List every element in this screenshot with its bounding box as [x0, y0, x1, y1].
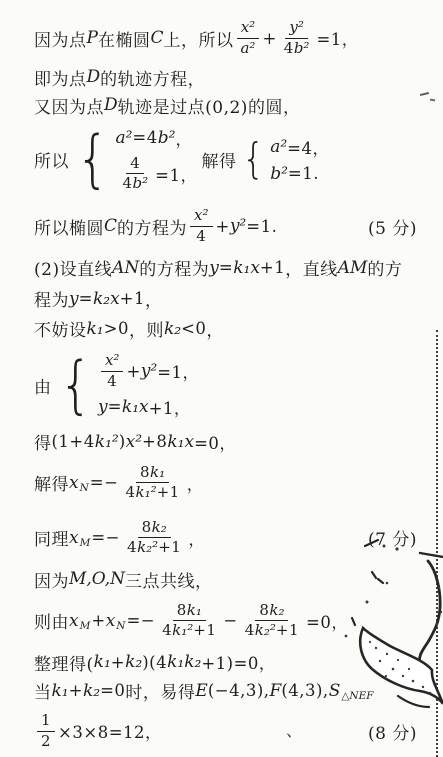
math-line: 不妨设 k₁>0，则 k₂<0， — [34, 314, 417, 343]
fraction-denominator: 4k₂²+1 — [241, 621, 303, 639]
text-run: M,O,N — [69, 569, 125, 589]
text-run: (−4,3), — [208, 681, 270, 700]
text-run: 解得 — [201, 147, 236, 172]
fraction: 8k₁4k₁²+1 — [121, 464, 183, 502]
text-run: 因为 — [34, 567, 69, 592]
text-run: x — [185, 432, 195, 452]
text-run: 8 — [142, 519, 152, 536]
text-run: 当 — [34, 678, 52, 703]
text-run: y² — [141, 361, 157, 381]
text-run: M — [80, 537, 91, 549]
text-run: y² — [289, 19, 304, 36]
math-line: 整理得(k₁+k₂)(4k₁k₂+1)=0， — [34, 648, 417, 676]
text-run: +1 — [193, 622, 216, 639]
fraction-denominator: 4b² — [280, 39, 314, 57]
text-run: (2)设直线 — [34, 255, 112, 280]
text-run: 整理得( — [34, 650, 94, 675]
cases-system: {a²=4b²，44b²=1， — [73, 126, 197, 193]
math-line: 因为点 P 在椭圆 C 上，所以x²a²+y²4b²=1， — [34, 14, 417, 62]
text-run: k₁ — [87, 319, 104, 339]
line-content: 整理得(k₁+k₂)(4k₁k₂+1)=0， — [34, 650, 276, 675]
line-content: 因为点 P 在椭圆 C 上，所以x²a²+y²4b²=1， — [34, 19, 359, 57]
text-run: y² — [230, 216, 246, 236]
fraction: y²4b² — [280, 19, 314, 57]
text-run: b² — [133, 175, 149, 192]
math-line: 则由 xM+xN=−8k₁4k₁²+1−8k₂4k₂²+1=0， — [34, 593, 417, 648]
line-content: 得(1+4k₁²)x²+8k₁x=0， — [34, 429, 236, 454]
text-run: 2 — [41, 733, 51, 750]
cases-system: {x²4+y²=1，y=k₁x+1， — [56, 352, 200, 419]
text-run: AN — [112, 258, 139, 278]
text-run: x — [250, 258, 260, 278]
text-run: 的方程为 — [117, 214, 187, 239]
cases-rows: a²=4b²，44b²=1， — [115, 126, 197, 193]
line-content: 解得 xN=−8k₁4k₁²+1， — [34, 464, 204, 502]
text-run: 同理 — [34, 525, 69, 550]
text-run: E — [195, 681, 207, 701]
text-run: k₂ — [83, 681, 100, 701]
text-run: F — [270, 681, 282, 701]
text-run: +1 — [158, 539, 181, 556]
text-run: k₁k₂ — [167, 652, 201, 672]
text-run: x — [139, 397, 149, 417]
text-run: 的轨迹方程， — [100, 65, 205, 90]
fraction-numerator: 4 — [126, 155, 144, 174]
text-run: )(4 — [142, 653, 167, 672]
cases-row: y=k₁x+1， — [98, 395, 191, 419]
text-run: x — [69, 473, 79, 493]
fraction: x²4 — [190, 207, 212, 245]
text-run: = — [79, 289, 93, 308]
text-run: k₂ — [93, 289, 110, 309]
text-run: ×3×8=12， — [58, 719, 162, 743]
cases-row: 44b²=1， — [115, 155, 197, 193]
text-run: 8 — [259, 602, 269, 619]
text-run: 即为点 — [34, 65, 87, 90]
fraction-denominator: 4k₁²+1 — [158, 621, 220, 639]
text-run: 时，易得 — [125, 678, 195, 703]
line-content: 所以椭圆 C 的方程为x²4+y²=1. — [34, 207, 277, 245]
brace-delimiter: { — [242, 141, 265, 177]
text-run: k₁² — [95, 432, 119, 452]
text-run: 得 — [34, 429, 52, 454]
text-run: k₁² — [135, 484, 156, 501]
text-run: + — [262, 29, 276, 48]
text-run: k₂ — [269, 602, 284, 619]
text-run: 所以椭圆 — [34, 214, 104, 239]
math-line: 同理 xM=−8k₂4k₂²+1，(7 分) — [34, 510, 417, 565]
fraction-denominator: 4k₂²+1 — [123, 538, 185, 556]
text-run: k₁ — [150, 464, 165, 481]
text-run: 4 — [122, 175, 132, 192]
text-run: N — [80, 482, 89, 494]
text-run: 1 — [41, 712, 51, 729]
text-run: 轨迹是过点(0,2)的圆， — [118, 93, 301, 118]
text-run: k₁ — [122, 397, 139, 417]
text-run: +1 — [120, 289, 145, 308]
text-run: x — [110, 289, 120, 309]
text-run: y — [69, 289, 79, 309]
text-run: (5 分) — [368, 219, 417, 239]
fraction-numerator: 8k₁ — [173, 602, 206, 621]
fraction: 8k₂4k₂²+1 — [123, 519, 185, 557]
cases-row: b²=1. — [270, 164, 319, 184]
text-run: 4 — [107, 373, 117, 390]
text-run: +1 — [157, 484, 180, 501]
cases-system: {a²=4，b²=1. — [240, 135, 329, 184]
text-run: D — [104, 95, 118, 115]
text-run: +1 — [260, 258, 285, 277]
text-run: =1. — [246, 217, 277, 236]
fraction-numerator: x² — [190, 207, 212, 226]
line-content: 12×3×8=12， — [34, 712, 162, 750]
text-run: ，则 — [129, 316, 164, 341]
text-run: 4 — [130, 155, 140, 172]
text-run: k₁ — [233, 258, 250, 278]
text-run: 4 — [125, 484, 135, 501]
math-line: 由{x²4+y²=1，y=k₁x+1， — [34, 343, 417, 428]
fraction: 12 — [37, 712, 55, 750]
text-run: (8 分) — [368, 724, 417, 744]
fraction: x²a² — [236, 19, 259, 57]
text-run: 由 — [34, 373, 52, 398]
text-run: 4 — [284, 40, 294, 57]
text-run: +1， — [149, 395, 191, 419]
fraction-numerator: 1 — [37, 712, 55, 731]
text-run: + — [126, 362, 140, 381]
text-run: 不妨设 — [34, 316, 87, 341]
text-run: 所以 — [34, 147, 69, 172]
text-run: ，直线 — [285, 255, 338, 280]
text-run: x² — [126, 432, 142, 452]
text-run: 4 — [196, 228, 206, 245]
cases-row: x²4+y²=1， — [98, 352, 200, 390]
text-run: k₁ — [167, 432, 184, 452]
ink-speck — [420, 92, 429, 96]
text-run: =− — [126, 611, 155, 630]
text-run: − — [223, 611, 237, 630]
line-content: (2)设直线 AN 的方程为 y=k₁x+1，直线 AM 的方 — [34, 255, 402, 280]
text-run: M — [80, 620, 91, 632]
fraction-numerator: 8k₂ — [255, 602, 288, 621]
text-run: y — [209, 258, 219, 278]
text-run: =1. — [288, 164, 319, 183]
text-run: b² — [294, 40, 310, 57]
text-run: + — [91, 611, 105, 630]
text-run: k₂ — [152, 519, 167, 536]
ink-speck — [430, 99, 435, 102]
scanned-solution-page: 因为点 P 在椭圆 C 上，所以x²a²+y²4b²=1，即为点 D 的轨迹方程… — [0, 0, 443, 757]
line-content: 同理 xM=−8k₂4k₂²+1， — [34, 519, 205, 557]
text-run: 解得 — [34, 470, 69, 495]
math-line: 当 k₁+k₂=0 时，易得 E(−4,3),F(4,3),S△NEF — [34, 676, 417, 705]
text-run: 因为点 — [34, 26, 87, 51]
text-run: P — [87, 28, 98, 48]
text-run: S — [329, 681, 341, 701]
score-label: (7 分) — [368, 525, 417, 550]
text-run: 4 — [245, 622, 255, 639]
text-run: =4 — [132, 128, 157, 147]
line-content: 即为点 D 的轨迹方程， — [34, 65, 205, 90]
text-run: k₂² — [255, 622, 276, 639]
text-run: 三点共线， — [125, 567, 213, 592]
text-run: =0 — [100, 681, 125, 700]
text-run: =0， — [194, 430, 236, 454]
text-run: △NEF — [341, 690, 373, 702]
text-run: (7 分) — [368, 530, 417, 550]
fraction-denominator: 4 — [192, 227, 210, 245]
fraction-numerator: x² — [101, 352, 123, 371]
dotted-page-edge — [436, 330, 438, 757]
math-line: 即为点 D 的轨迹方程， — [34, 62, 417, 92]
text-run: 程为 — [34, 286, 69, 311]
text-run: a² — [240, 40, 255, 57]
text-run: ， — [206, 316, 224, 341]
text-run: x² — [241, 19, 255, 36]
text-run: ， — [187, 471, 204, 495]
text-run: b² — [270, 164, 288, 184]
line-content: 所以{a²=4b²，44b²=1， 解得{a²=4，b²=1. — [34, 126, 333, 193]
text-run: + — [111, 653, 125, 672]
text-run: x — [106, 611, 116, 631]
text-run: D — [87, 67, 101, 87]
text-run: k₁ — [52, 681, 69, 701]
line-content: 又因为点 D 轨迹是过点(0,2)的圆， — [34, 93, 300, 118]
fraction-numerator: x² — [237, 19, 259, 38]
line-content: 不妨设 k₁>0，则 k₂<0， — [34, 316, 224, 341]
text-run: =1， — [155, 162, 197, 186]
line-content: 则由 xM+xN=−8k₁4k₁²+1−8k₂4k₂²+1=0， — [34, 602, 348, 640]
text-run: k₁² — [172, 622, 193, 639]
text-run: =4， — [287, 135, 329, 159]
text-run: (4,3), — [281, 681, 328, 700]
text-run: >0 — [104, 319, 129, 338]
fraction-denominator: 4k₁²+1 — [121, 483, 183, 501]
fraction-denominator: 2 — [37, 732, 55, 750]
math-line: 解得 xN=−8k₁4k₁²+1， — [34, 455, 417, 510]
line-content: 程为 y=k₂x+1， — [34, 286, 162, 311]
line-content: 当 k₁+k₂=0 时，易得 E(−4,3),F(4,3),S△NEF — [34, 678, 375, 703]
text-run: =0， — [306, 609, 348, 633]
line-content: 因为 M,O,N 三点共线， — [34, 567, 213, 592]
text-run: AM — [338, 258, 368, 278]
math-line: 所以椭圆 C 的方程为x²4+y²=1.(5 分) — [34, 200, 417, 252]
text-run: a² — [115, 128, 132, 148]
text-run: N — [116, 620, 125, 632]
text-run: (1+4 — [52, 432, 95, 451]
text-run: = — [219, 258, 233, 277]
math-line: 所以{a²=4b²，44b²=1， 解得{a²=4，b²=1. — [34, 118, 417, 200]
text-run: ， — [188, 526, 205, 550]
text-run: 8 — [177, 602, 187, 619]
cases-row: a²=4， — [270, 135, 329, 159]
score-label: (8 分) — [368, 719, 417, 744]
fraction-numerator: 8k₂ — [138, 519, 171, 538]
fraction-denominator: a² — [236, 39, 259, 57]
text-run: + — [216, 217, 230, 236]
text-run: =1， — [316, 26, 358, 50]
text-run: =1， — [157, 359, 199, 383]
fraction: 8k₁4k₁²+1 — [158, 602, 220, 640]
fraction-numerator: 8k₁ — [136, 464, 169, 483]
text-run: 又因为点 — [34, 93, 104, 118]
text-run: +1 — [276, 622, 299, 639]
fraction: x²4 — [101, 352, 123, 390]
fraction-denominator: 4b² — [118, 174, 152, 192]
text-run: x — [69, 528, 79, 548]
brace-delimiter: { — [76, 133, 110, 186]
fraction-numerator: y² — [285, 19, 308, 38]
line-content: 由{x²4+y²=1，y=k₁x+1， — [34, 352, 204, 419]
text-run: 4 — [162, 622, 172, 639]
math-line: 12×3×8=12，(8 分) — [34, 705, 417, 757]
math-line: 因为 M,O,N 三点共线， — [34, 565, 417, 593]
text-run: k₂ — [125, 652, 142, 672]
text-run: <0 — [181, 319, 206, 338]
text-run: b² — [158, 128, 176, 148]
text-run: ， — [145, 286, 163, 311]
text-run: =− — [91, 528, 120, 547]
text-run: k₂² — [137, 539, 158, 556]
cases-rows: x²4+y²=1，y=k₁x+1， — [98, 352, 200, 419]
text-run: ) — [119, 432, 126, 451]
math-line: 得(1+4k₁²)x²+8k₁x=0， — [34, 428, 417, 455]
text-run: a² — [270, 137, 287, 157]
text-run: =− — [90, 473, 119, 492]
text-run: k₁ — [187, 602, 202, 619]
text-run: = — [108, 397, 122, 416]
text-run: + — [69, 681, 83, 700]
fraction-denominator: 4 — [103, 372, 121, 390]
text-run: 的方程为 — [139, 255, 209, 280]
fraction: 44b² — [118, 155, 152, 193]
cases-row: a²=4b²， — [115, 126, 192, 150]
text-column: 因为点 P 在椭圆 C 上，所以x²a²+y²4b²=1，即为点 D 的轨迹方程… — [34, 14, 417, 757]
math-line: 又因为点 D 轨迹是过点(0,2)的圆， — [34, 92, 417, 118]
text-run: x — [69, 611, 79, 631]
text-run: k₂ — [164, 319, 181, 339]
text-run: k₁ — [94, 652, 111, 672]
text-run: +8 — [142, 432, 167, 451]
text-run: 的方 — [367, 255, 402, 280]
cases-rows: a²=4，b²=1. — [270, 135, 329, 184]
stray-pen-mark: 、 — [286, 718, 302, 741]
math-line: (2)设直线 AN 的方程为 y=k₁x+1，直线 AM 的方 — [34, 252, 417, 283]
fraction: 8k₂4k₂²+1 — [241, 602, 303, 640]
text-run: 4 — [127, 539, 137, 556]
text-run: x² — [194, 207, 208, 224]
text-run: ， — [175, 126, 192, 150]
text-run: y — [98, 397, 108, 417]
brace-delimiter: { — [58, 359, 92, 412]
math-line: 程为 y=k₂x+1， — [34, 283, 417, 314]
text-run: 上，所以 — [163, 26, 233, 51]
text-run: x² — [105, 352, 119, 369]
text-run: C — [104, 216, 117, 236]
text-run: +1)=0， — [201, 650, 276, 674]
text-run: C — [150, 28, 163, 48]
score-label: (5 分) — [368, 214, 417, 239]
text-run: 则由 — [34, 608, 69, 633]
text-run: 8 — [140, 464, 150, 481]
text-run: 在椭圆 — [98, 26, 151, 51]
